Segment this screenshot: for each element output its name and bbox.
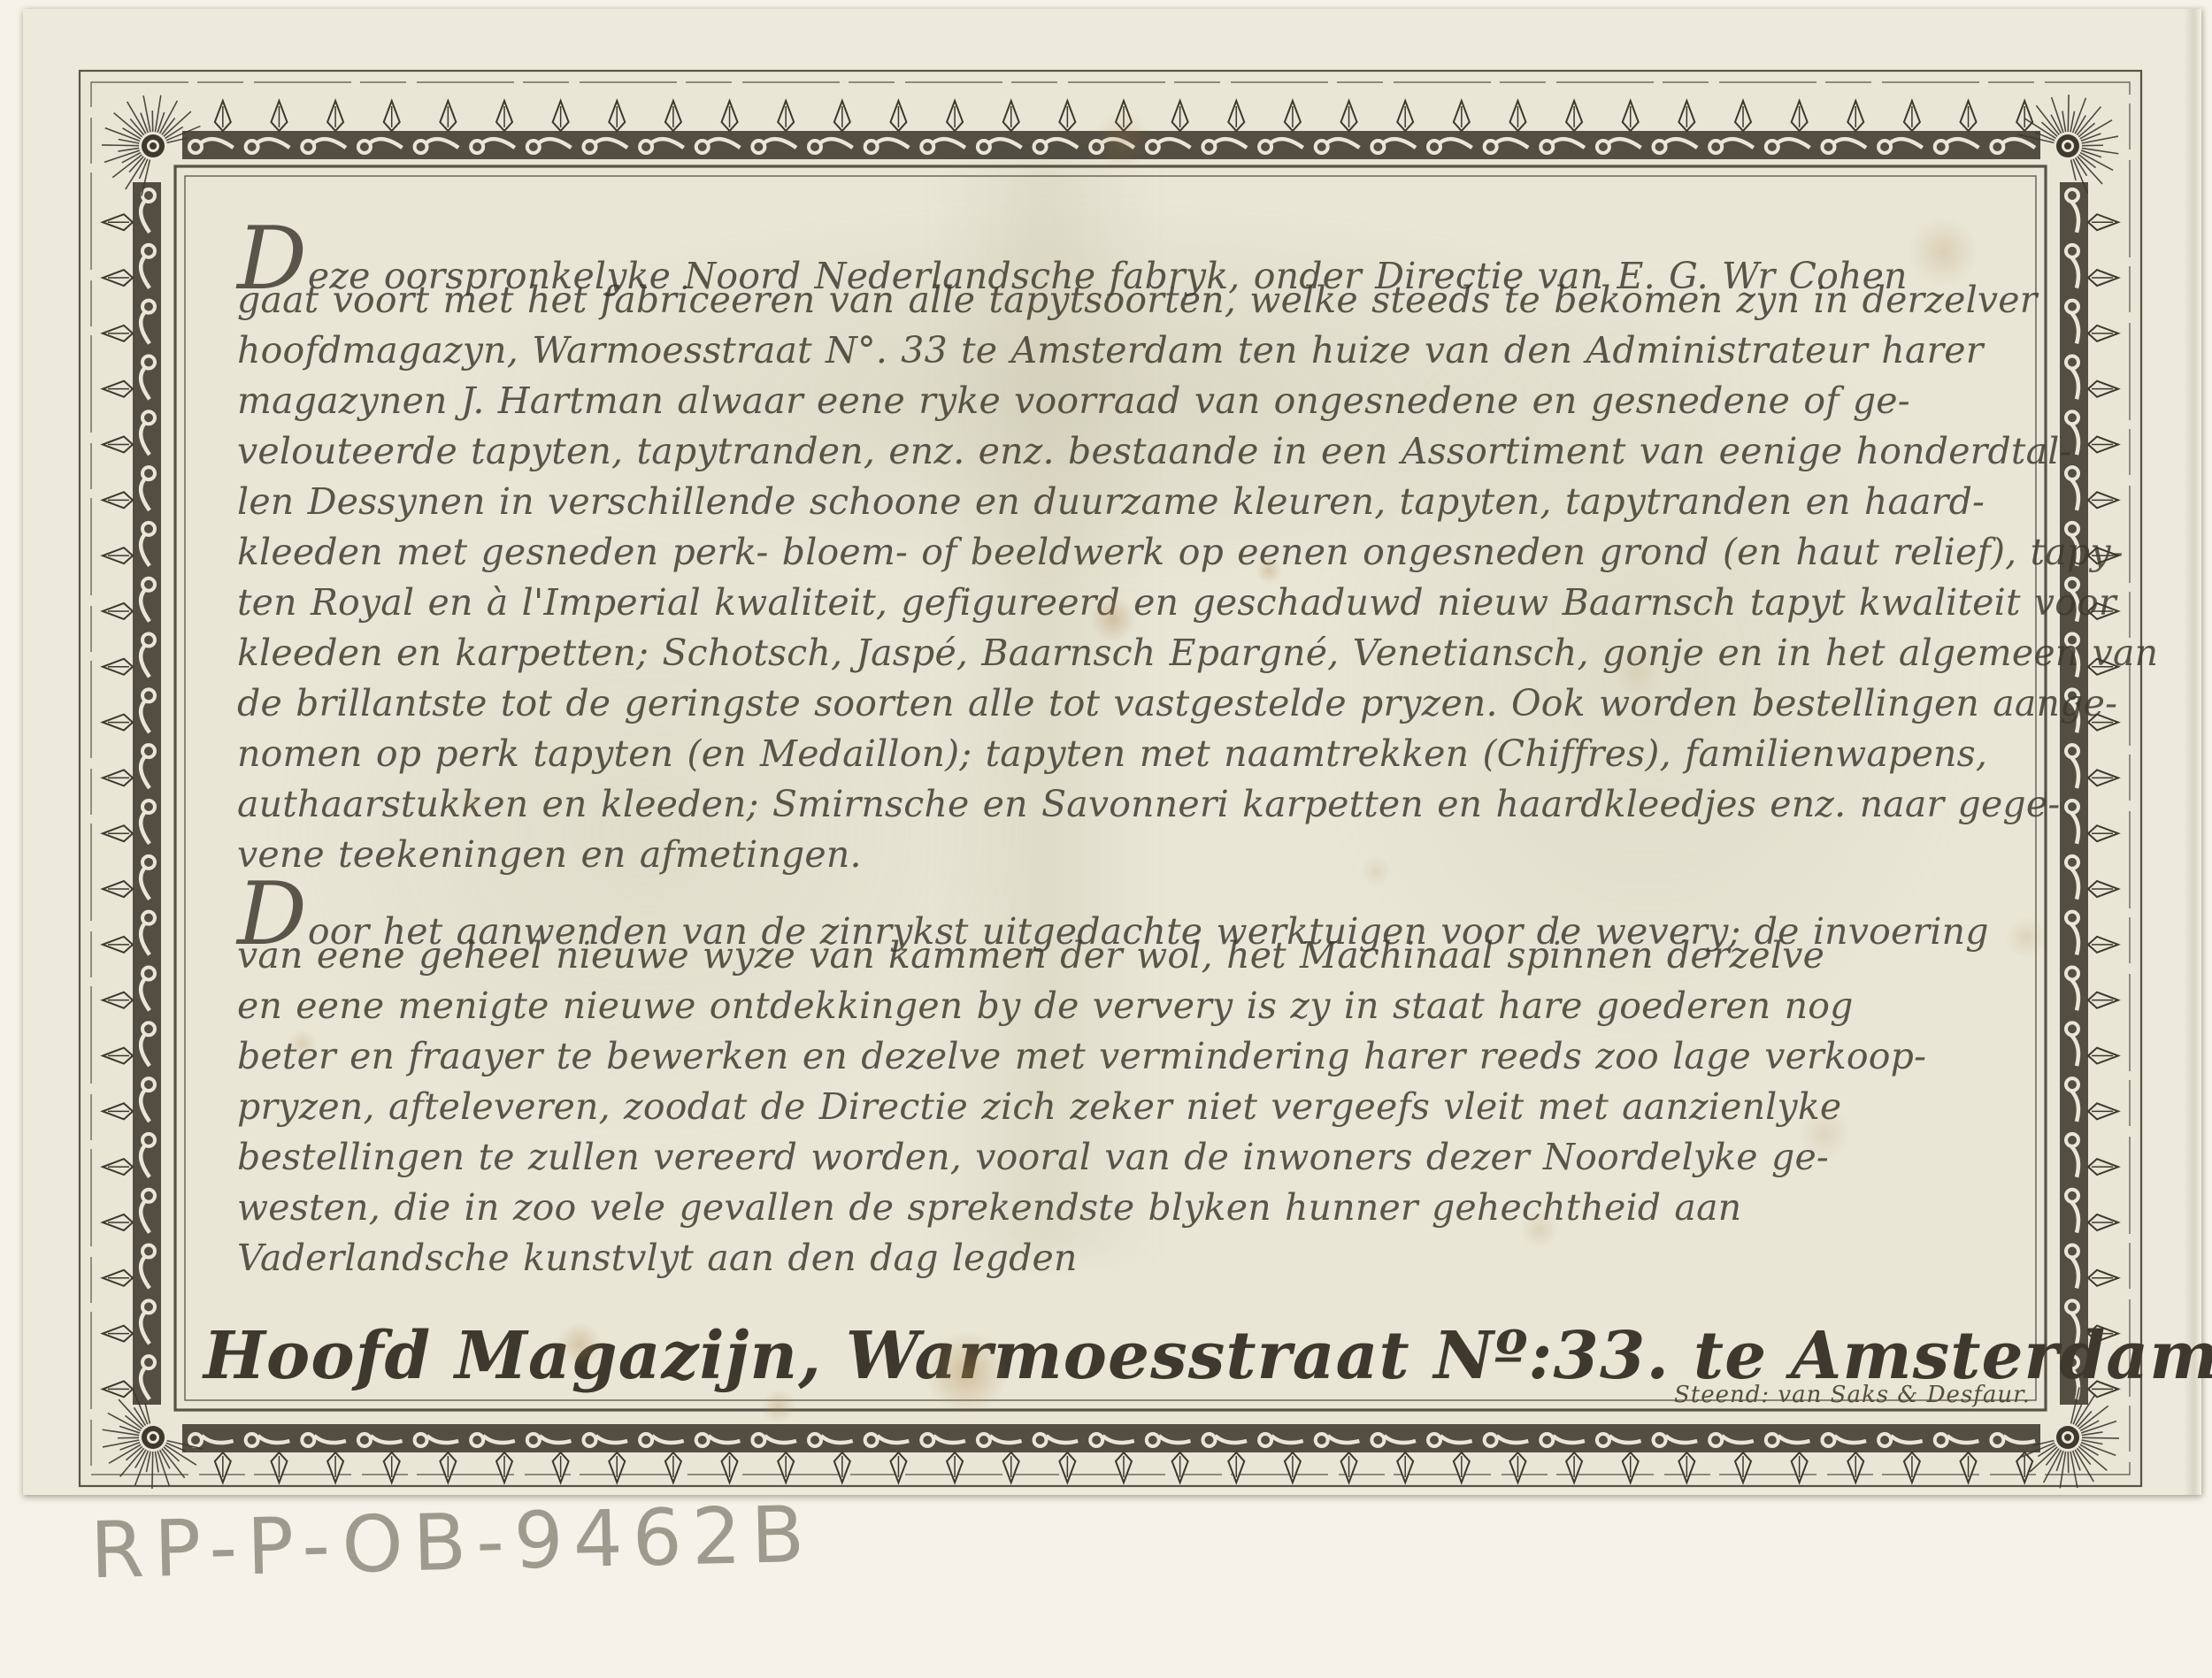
text-line: vene teekeningen en afmetingen. <box>237 833 2046 884</box>
text-line: magazynen J. Hartman alwaar eene ryke vo… <box>237 379 2046 430</box>
text-line: pryzen, afteleveren, zoodat de Directie … <box>237 1085 2046 1136</box>
text-line: kleeden en karpetten; Schotsch, Jaspé, B… <box>237 632 2046 682</box>
text-line: de brillantste tot de geringste soorten … <box>237 682 2046 732</box>
text-line: westen, die in zoo vele gevallen de spre… <box>237 1186 2046 1237</box>
advertisement-text: Deze oorspronkelyke Noord Nederlandsche … <box>237 228 2046 1287</box>
catalog-number-pencil: RP-P-OB-9462B <box>89 1489 815 1597</box>
scan-background: Deze oorspronkelyke Noord Nederlandsche … <box>0 0 2212 1678</box>
text-line: velouteerde tapyten, tapytranden, enz. e… <box>237 430 2046 480</box>
text-line: gaat voort met het fabriceeren van alle … <box>237 279 2046 329</box>
text-line: Deze oorspronkelyke Noord Nederlandsche … <box>237 228 2046 279</box>
text-line: en eene menigte nieuwe ontdekkingen by d… <box>237 985 2046 1035</box>
printer-credit: Steend: van Saks & Desfaur. <box>1674 1382 2031 1408</box>
text-line: hoofdmagazyn, Warmoesstraat N°. 33 te Am… <box>237 329 2046 379</box>
text-line: bestellingen te zullen vereerd worden, v… <box>237 1136 2046 1186</box>
text-line: Door het aanwenden van de zinrykst uitge… <box>237 884 2046 934</box>
text-line: kleeden met gesneden perk- bloem- of bee… <box>237 531 2046 581</box>
text-line: Vaderlandsche kunstvlyt aan den dag legd… <box>237 1237 2046 1287</box>
text-line: ten Royal en à l'Imperial kwaliteit, gef… <box>237 581 2046 632</box>
text-line: nomen op perk tapyten (en Medaillon); ta… <box>237 732 2046 783</box>
text-line: beter en fraayer te bewerken en dezelve … <box>237 1035 2046 1085</box>
text-line: van eene geheel nieuwe wyze van kammen d… <box>237 934 2046 985</box>
text-line: len Dessynen in verschillende schoone en… <box>237 480 2046 531</box>
text-line: authaarstukken en kleeden; Smirnsche en … <box>237 783 2046 833</box>
